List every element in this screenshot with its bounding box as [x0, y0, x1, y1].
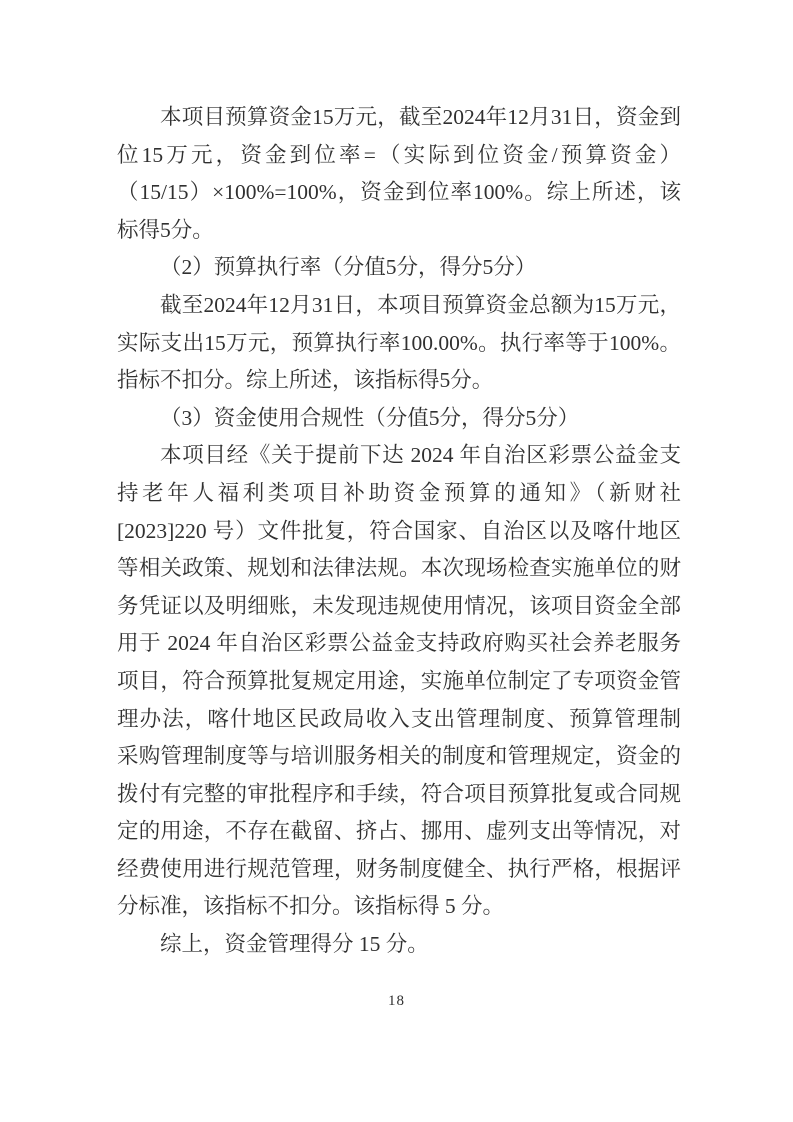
paragraph-budget-execution-rate: 截至2024年12月31日，本项目预算资金总额为15万元， 实际支出15万元，预…	[117, 287, 681, 400]
paragraph-fund-management-summary: 综上，资金管理得分 15 分。	[117, 926, 681, 964]
text-line: 等相关政策、规划和法律法规。本次现场检查实施单位的财	[117, 550, 681, 588]
text-line: [2023]220 号）文件批复，符合国家、自治区以及喀什地区	[117, 513, 681, 551]
text-line: 拨付有完整的审批程序和手续，符合项目预算批复或合同规	[117, 776, 681, 814]
text-line: 本项目经《关于提前下达 2024 年自治区彩票公益金支	[117, 437, 681, 475]
text-line: 持老年人福利类项目补助资金预算的通知》（新财社	[117, 475, 681, 513]
text-line: 标得5分。	[117, 212, 681, 250]
page-footer: 18	[0, 992, 793, 1010]
text-line: 分标准，该指标不扣分。该指标得 5 分。	[117, 888, 681, 926]
text-line: （15/15）×100%=100%，资金到位率100%。综上所述，该指	[117, 174, 681, 212]
text-line: 采购管理制度等与培训服务相关的制度和管理规定，资金的	[117, 738, 681, 776]
page-number: 18	[388, 993, 405, 1009]
text-line: 用于 2024 年自治区彩票公益金支持政府购买社会养老服务	[117, 625, 681, 663]
text-line: 截至2024年12月31日，本项目预算资金总额为15万元，	[117, 287, 681, 325]
heading-budget-execution-rate: （2）预算执行率（分值5分，得分5分）	[117, 249, 681, 287]
text-line: 经费使用进行规范管理，财务制度健全、执行严格，根据评	[117, 851, 681, 889]
heading-fund-use-compliance: （3）资金使用合规性（分值5分，得分5分）	[117, 400, 681, 438]
text-line: 综上，资金管理得分 15 分。	[117, 926, 681, 964]
text-line: 务凭证以及明细账，未发现违规使用情况，该项目资金全部	[117, 588, 681, 626]
text-line: 理办法，喀什地区民政局收入支出管理制度、预算管理制度、	[117, 701, 681, 739]
text-line: 本项目预算资金15万元，截至2024年12月31日，资金到	[117, 99, 681, 137]
paragraph-fund-arrival-rate: 本项目预算资金15万元，截至2024年12月31日，资金到 位15万元，资金到位…	[117, 99, 681, 249]
text-line: 项目，符合预算批复规定用途，实施单位制定了专项资金管	[117, 663, 681, 701]
text-line: 指标不扣分。综上所述，该指标得5分。	[117, 362, 681, 400]
text-line: 实际支出15万元，预算执行率100.00%。执行率等于100%。该	[117, 325, 681, 363]
paragraph-heading-budget-execution-rate: （2）预算执行率（分值5分，得分5分）	[117, 249, 681, 287]
document-page: 本项目预算资金15万元，截至2024年12月31日，资金到 位15万元，资金到位…	[0, 0, 793, 1122]
document-text-block: 本项目预算资金15万元，截至2024年12月31日，资金到 位15万元，资金到位…	[117, 99, 681, 964]
text-line: 位15万元，资金到位率=（实际到位资金/预算资金）×100%=	[117, 137, 681, 175]
text-line: 定的用途，不存在截留、挤占、挪用、虚列支出等情况，对	[117, 813, 681, 851]
paragraph-fund-use-compliance: 本项目经《关于提前下达 2024 年自治区彩票公益金支 持老年人福利类项目补助资…	[117, 437, 681, 926]
paragraph-heading-fund-use-compliance: （3）资金使用合规性（分值5分，得分5分）	[117, 400, 681, 438]
